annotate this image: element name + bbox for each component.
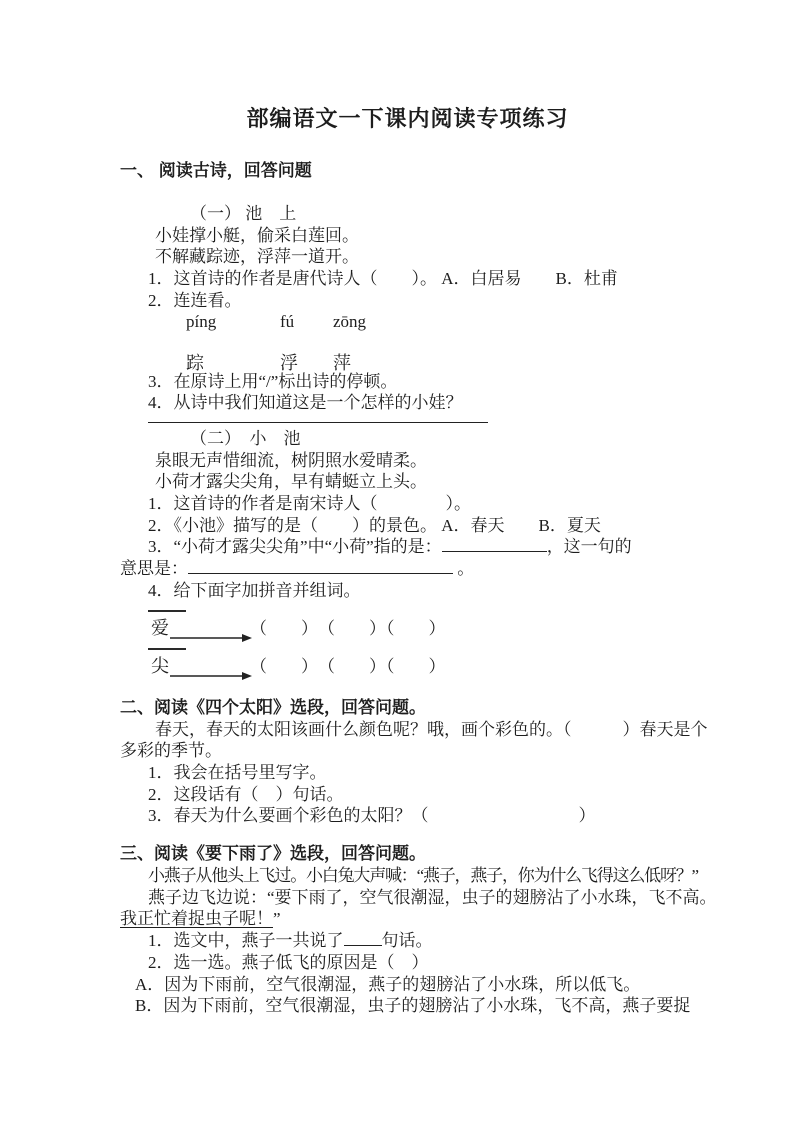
- worksheet-page: 部编语文一下课内阅读专项练习 一、 阅读古诗，回答问题 （一） 池 上 小娃撑小…: [0, 0, 793, 1122]
- answer-blank-line: [148, 422, 488, 423]
- question-text: ，这一句的: [547, 537, 632, 556]
- fill-in-blank: [344, 930, 382, 946]
- question-text: 1．选文中，燕子一共说了: [148, 931, 344, 950]
- section-two-question-3: 3．春天为什么要画个彩色的太阳？（）: [120, 805, 695, 827]
- hanzi-match-row: 踪 浮 萍: [120, 349, 695, 371]
- poem-one-line-2: 不解藏踪迹，浮萍一道开。: [120, 246, 695, 268]
- section-three-question-2: 2．选一选。燕子低飞的原因是（ ）: [120, 952, 695, 974]
- section-three-paragraph-line-1: 小燕子从他头上飞过。小白兔大声喊：“燕子，燕子，你为什么飞得这么低呀？”: [120, 865, 695, 887]
- bracket-group: （ ） （ ）（ ）: [250, 652, 446, 677]
- answer-space: [429, 820, 579, 821]
- hanzi-item: 踪: [186, 349, 204, 375]
- poem-one-subtitle: （一） 池 上: [120, 203, 695, 225]
- section-two-paragraph-line-2: 多彩的季节。: [120, 740, 695, 762]
- poem-two-question-3-continued: 意思是： 。: [120, 558, 695, 580]
- poem-one-question-3: 3．在原诗上用“/”标出诗的停顿。: [120, 371, 695, 393]
- section-two-paragraph-line-1: 春天，春天的太阳该画什么颜色呢？哦，画个彩色的。（ ）春天是个: [120, 719, 695, 741]
- section-one-heading: 一、 阅读古诗，回答问题: [120, 160, 695, 182]
- question-text: ）: [579, 806, 596, 825]
- hanzi-item: 萍: [333, 349, 351, 375]
- question-text: 3．春天为什么要画个彩色的太阳？（: [148, 806, 429, 825]
- hanzi-item: 浮: [280, 349, 298, 375]
- practice-char: 尖: [151, 652, 169, 678]
- section-three-paragraph-line-3: 我正忙着捉虫子呢！”: [120, 908, 695, 930]
- poem-one-question-4: 4．从诗中我们知道这是一个怎样的小娃？: [120, 392, 695, 414]
- poem-two-subtitle: （二） 小 池: [120, 428, 695, 450]
- fill-in-blank: [188, 558, 453, 574]
- poem-two-question-4: 4．给下面字加拼音并组词。: [120, 580, 695, 602]
- poem-two-question-2: 2．《小池》描写的是（ ）的景色。 A．春天 B．夏天: [120, 515, 695, 537]
- poem-one-line-1: 小娃撑小艇，偷采白莲回。: [120, 225, 695, 247]
- word-practice-row: 爱 （ ） （ ）（ ）: [120, 609, 695, 647]
- question-text: 句话。: [382, 931, 433, 950]
- pinyin-blank-overline: [148, 648, 186, 650]
- option-a: A．因为下雨前，空气很潮湿，燕子的翅膀沾了小水珠，所以低飞。: [120, 974, 695, 996]
- pinyin-item: zōng: [333, 312, 366, 332]
- poem-two-line-1: 泉眼无声惜细流，树阴照水爱晴柔。: [120, 450, 695, 472]
- option-b: B．因为下雨前，空气很潮湿，虫子的翅膀沾了小水珠，飞不高，燕子要捉: [120, 995, 695, 1017]
- poem-two-line-2: 小荷才露尖尖角，早有蜻蜓立上头。: [120, 471, 695, 493]
- section-three-paragraph-line-2: 燕子边飞边说：“要下雨了，空气很潮湿，虫子的翅膀沾了小水珠，飞不高。: [120, 887, 695, 909]
- pinyin-blank-overline: [148, 610, 186, 612]
- section-three-heading: 三、阅读《要下雨了》选段，回答问题。: [120, 843, 695, 865]
- poem-two-question-3: 3．“小荷才露尖尖角”中“小荷”指的是：，这一句的: [120, 536, 695, 558]
- question-text: 3．“小荷才露尖尖角”中“小荷”指的是：: [148, 537, 442, 556]
- underlined-clause: 我正忙着捉虫子呢！: [120, 909, 273, 928]
- worksheet-content: 部编语文一下课内阅读专项练习 一、 阅读古诗，回答问题 （一） 池 上 小娃撑小…: [0, 0, 793, 1017]
- right-arrow-icon: [170, 633, 252, 643]
- poem-one-question-1: 1．这首诗的作者是唐代诗人（ ）。 A．白居易 B．杜甫: [120, 268, 695, 290]
- fill-in-blank: [442, 536, 547, 552]
- section-three-question-1: 1．选文中，燕子一共说了句话。: [120, 930, 695, 952]
- section-two-question-2: 2．这段话有（ ）句话。: [120, 784, 695, 806]
- pinyin-item: fú: [280, 312, 294, 332]
- closing-quote: ”: [273, 909, 281, 928]
- right-arrow-icon: [170, 671, 252, 681]
- question-text: 。: [457, 559, 474, 578]
- pinyin-match-row: píng fú zōng: [120, 312, 695, 334]
- question-text: 意思是：: [120, 559, 188, 578]
- practice-char: 爱: [151, 614, 169, 640]
- poem-two-question-1: 1．这首诗的作者是南宋诗人（ ）。: [120, 493, 695, 515]
- word-practice-row: 尖 （ ） （ ）（ ）: [120, 647, 695, 685]
- page-title: 部编语文一下课内阅读专项练习: [120, 104, 695, 134]
- section-two-heading: 二、阅读《四个太阳》选段，回答问题。: [120, 697, 695, 719]
- bracket-group: （ ） （ ）（ ）: [250, 614, 446, 639]
- poem-one-question-2: 2．连连看。: [120, 290, 695, 312]
- section-two-question-1: 1．我会在括号里写字。: [120, 762, 695, 784]
- pinyin-item: píng: [186, 312, 216, 332]
